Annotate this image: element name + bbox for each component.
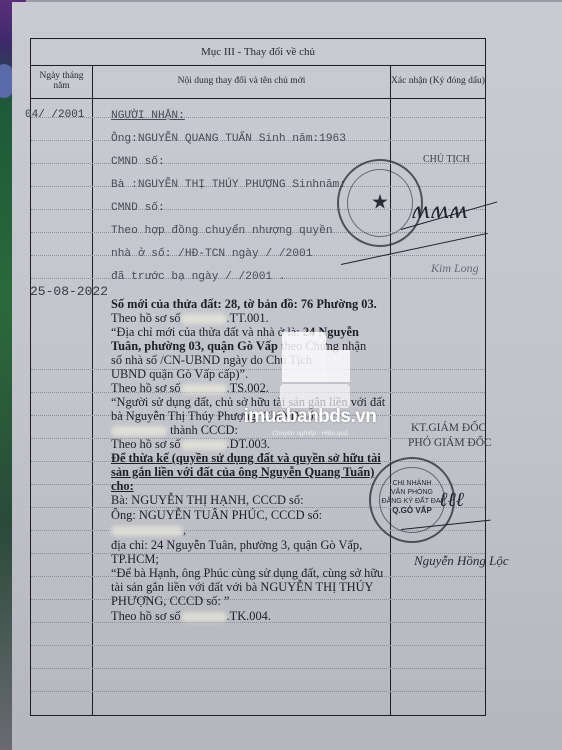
entry2-heir-2-id: , bbox=[111, 523, 186, 538]
column-header-confirm: Xác nhận (Ký đóng dấu) bbox=[391, 66, 485, 99]
entry2-file-4: Theo hồ sơ số.TK.004. bbox=[111, 609, 271, 624]
section-title: Mục III - Thay đổi về chủ bbox=[31, 39, 485, 66]
entry2-file-2: Theo hồ sơ số.TS.002. bbox=[111, 381, 269, 396]
entry2-user-quote-l2: bà Nguyễn Thị Thúy Phượng, CMND số: bbox=[111, 409, 317, 424]
entry1-contract: Theo hợp đồng chuyển nhượng quyền bbox=[111, 225, 333, 237]
entry2-address-l1: địa chỉ: 24 Nguyễn Tuân, phường 3, quận … bbox=[111, 538, 362, 553]
entry2-user-quote-l1: “Người sử dụng đất, chủ sở hữu tài sản g… bbox=[111, 395, 385, 410]
entry1-signer-title: CHỦ TỊCH bbox=[423, 154, 470, 165]
entry1-id-1: CMND số: bbox=[111, 156, 165, 168]
entry1-date: 04/ /2001 bbox=[25, 109, 84, 121]
entry2-address-quote-l1: “Địa chỉ mới của thửa đất và nhà ở là: 2… bbox=[111, 325, 359, 340]
entry1-id-2: CMND số: bbox=[111, 202, 165, 214]
entry2-heir-1: Bà: NGUYỄN THỊ HẠNH, CCCD số: bbox=[111, 493, 304, 508]
entry2-signature: ℓℓℓ bbox=[439, 487, 464, 512]
entry2-address-l2: TP.HCM; bbox=[111, 552, 159, 567]
ownership-change-table: Mục III - Thay đổi về chủ Ngày tháng năm… bbox=[30, 38, 486, 716]
entry1-owner-1: Ông:NGUYỄN QUANG TUẤN Sinh năm:1963 bbox=[111, 133, 346, 145]
entry2-heir-2: Ông: NGUYỄN TUÂN PHÚC, CCCD số: bbox=[111, 508, 322, 523]
entry1-registration: đã trước bạ ngày / /2001 . bbox=[111, 271, 286, 283]
entry2-file-1: Theo hồ sơ số.TT.001. bbox=[111, 311, 269, 326]
entry1-owner-2: Bà :NGUYỄN THỊ THÚY PHƯỢNG Sinhnăm: bbox=[111, 179, 346, 191]
column-header-content: Nội dung thay đổi và tên chủ mới bbox=[93, 66, 391, 99]
entry2-inherit-l2: sản gắn liền với đất của ông Nguyễn Quan… bbox=[111, 465, 374, 480]
entry2-signer-title-1: KT.GIÁM ĐỐC bbox=[411, 422, 486, 434]
entry2-address-quote-l2: Tuân, phường 03, quận Gò Vấp theo Chứng … bbox=[111, 339, 366, 354]
entry2-address-quote-l3: số nhà số /CN-UBND ngày do Chủ Tịch bbox=[111, 353, 312, 368]
entry2-signer-name: Nguyễn Hồng Lộc bbox=[414, 553, 509, 569]
entry2-inherit-l3: cho: bbox=[111, 479, 134, 494]
entry1-signer-name: Kim Long bbox=[431, 261, 479, 276]
entry2-inherit-l1: Để thừa kế (quyền sử dụng đất và quyền s… bbox=[111, 451, 381, 466]
entry2-file-3: Theo hồ sơ số.DT.003. bbox=[111, 437, 270, 452]
entry2-date: 25-08-2022 bbox=[30, 284, 108, 299]
entry2-user-quote-l3: thành CCCD: bbox=[111, 423, 238, 438]
column-header-date: Ngày tháng năm bbox=[31, 66, 93, 99]
entry2-co-owner-l1: “Để bà Hạnh, ông Phúc cùng sử dụng đất, … bbox=[111, 566, 383, 581]
entry1-contract-number: nhà ở số: /HĐ-TCN ngày / /2001 bbox=[111, 248, 312, 260]
entry2-co-owner-l2: tài sản gắn liền với đất với bà NGUYỄN T… bbox=[111, 580, 373, 595]
document-page: Mục III - Thay đổi về chủ Ngày tháng năm… bbox=[12, 2, 562, 750]
entry2-new-parcel: Số mới của thửa đất: 28, tờ bản đồ: 76 P… bbox=[111, 297, 377, 312]
entry2-signer-title-2: PHÓ GIÁM ĐỐC bbox=[408, 437, 492, 449]
entry1-recipient-label: NGƯỜI NHẬN: bbox=[111, 110, 185, 122]
star-emblem-icon: ★ bbox=[371, 189, 389, 214]
entry2-co-owner-l3: PHƯỢNG, CCCD số: ” bbox=[111, 594, 229, 609]
entry2-address-quote-l4: UBND quận Gò Vấp cấp)”. bbox=[111, 367, 248, 382]
